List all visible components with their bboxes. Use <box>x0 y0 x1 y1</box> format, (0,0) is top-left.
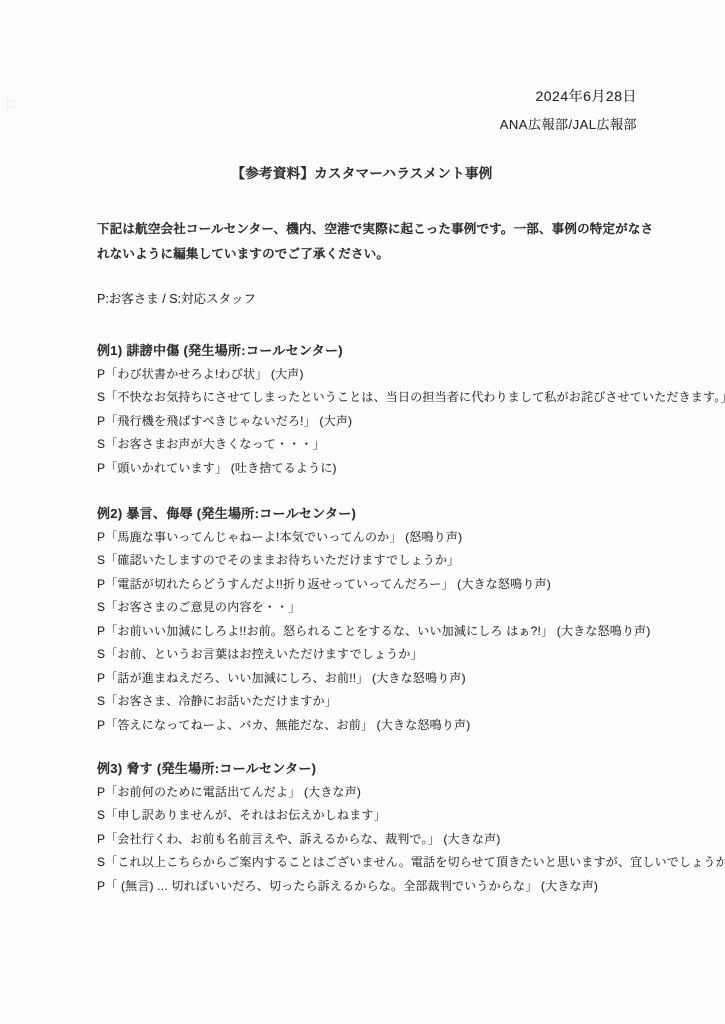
dialog-line: S「申し訳ありませんが、それはお伝えかしねます」 <box>97 804 687 828</box>
dialog-line: P「会社行くわ、お前も名前言えや、訴えるからな、裁判で。」 (大きな声) <box>97 828 687 852</box>
dialog-line: P「お前いい加減にしろよ!!お前。怒られることをするな、いい加減にしろ はぁ?!… <box>97 620 687 644</box>
example-section-2: 例2) 暴言、侮辱 (発生場所:コールセンター) P「馬鹿な事いってんじゃねーよ… <box>97 502 687 737</box>
scan-artifact <box>7 98 20 114</box>
dialog-line: P「頭いかれています」 (吐き捨てるように) <box>97 457 687 481</box>
example-section-3: 例3) 脅す (発生場所:コールセンター) P「お前何のために電話出てんだよ」 … <box>97 757 687 898</box>
example-section-1: 例1) 誹謗中傷 (発生場所:コールセンター) P「わび状書かせろよ!わび状」 … <box>97 339 687 480</box>
document-title: 【参考資料】カスタマーハラスメント事例 <box>97 165 627 183</box>
dialog-line: S「不快なお気持ちにさせてしまったということは、当日の担当者に代わりまして私がお… <box>97 386 687 410</box>
dialog-line: P「話が進まねえだろ、いい加減にしろ、お前!!」 (大きな怒鳴り声) <box>97 667 687 691</box>
dialog-line: P「 (無言) ... 切ればいいだろ、切ったら訴えるからな。全部裁判でいうから… <box>97 875 687 899</box>
dialog-line: P「電話が切れたらどうすんだよ!!折り返せっていってんだろー」 (大きな怒鳴り声… <box>97 573 687 597</box>
dialog-line: S「これ以上こちらからご案内することはございません。電話を切らせて頂きたいと思い… <box>97 851 687 875</box>
intro-paragraph: 下記は航空会社コールセンター、機内、空港で実際に起こった事例です。一部、事例の特… <box>97 217 657 267</box>
dialog-line: S「お客さまお声が大きくなって・・・」 <box>97 433 687 457</box>
dialog-line: S「確認いたしますのでそのままお待ちいただけますでしょうか」 <box>97 549 687 573</box>
speaker-legend: P:お客さま / S:対応スタッフ <box>97 291 687 307</box>
document-header: 2024年6月28日 ANA広報部/JAL広報部 <box>97 88 687 133</box>
dialog-line: S「お客さまのご意見の内容を・・」 <box>97 596 687 620</box>
dialog-line: P「お前何のために電話出てんだよ」 (大きな声) <box>97 781 687 805</box>
dialog-line: P「わび状書かせろよ!わび状」 (大声) <box>97 363 687 387</box>
dialog-line: P「馬鹿な事いってんじゃねーよ!本気でいってんのか」 (怒鳴り声) <box>97 526 687 550</box>
document-date: 2024年6月28日 <box>97 88 637 104</box>
dialog-line: P「飛行機を飛ばすべきじゃないだろ!」 (大声) <box>97 410 687 434</box>
dialog-line: P「答えになってねーよ、バカ、無能だな、お前」 (大きな怒鳴り声) <box>97 714 687 738</box>
dialog-line: S「お客さま、冷静にお話いただけますか」 <box>97 690 687 714</box>
dialog-line: S「お前、というお言葉はお控えいただけますでしょうか」 <box>97 643 687 667</box>
section-3-heading: 例3) 脅す (発生場所:コールセンター) <box>97 757 687 781</box>
scanned-document-page: 2024年6月28日 ANA広報部/JAL広報部 【参考資料】カスタマーハラスメ… <box>0 0 725 1024</box>
section-2-heading: 例2) 暴言、侮辱 (発生場所:コールセンター) <box>97 502 687 526</box>
section-1-heading: 例1) 誹謗中傷 (発生場所:コールセンター) <box>97 339 687 363</box>
document-author: ANA広報部/JAL広報部 <box>97 117 637 133</box>
